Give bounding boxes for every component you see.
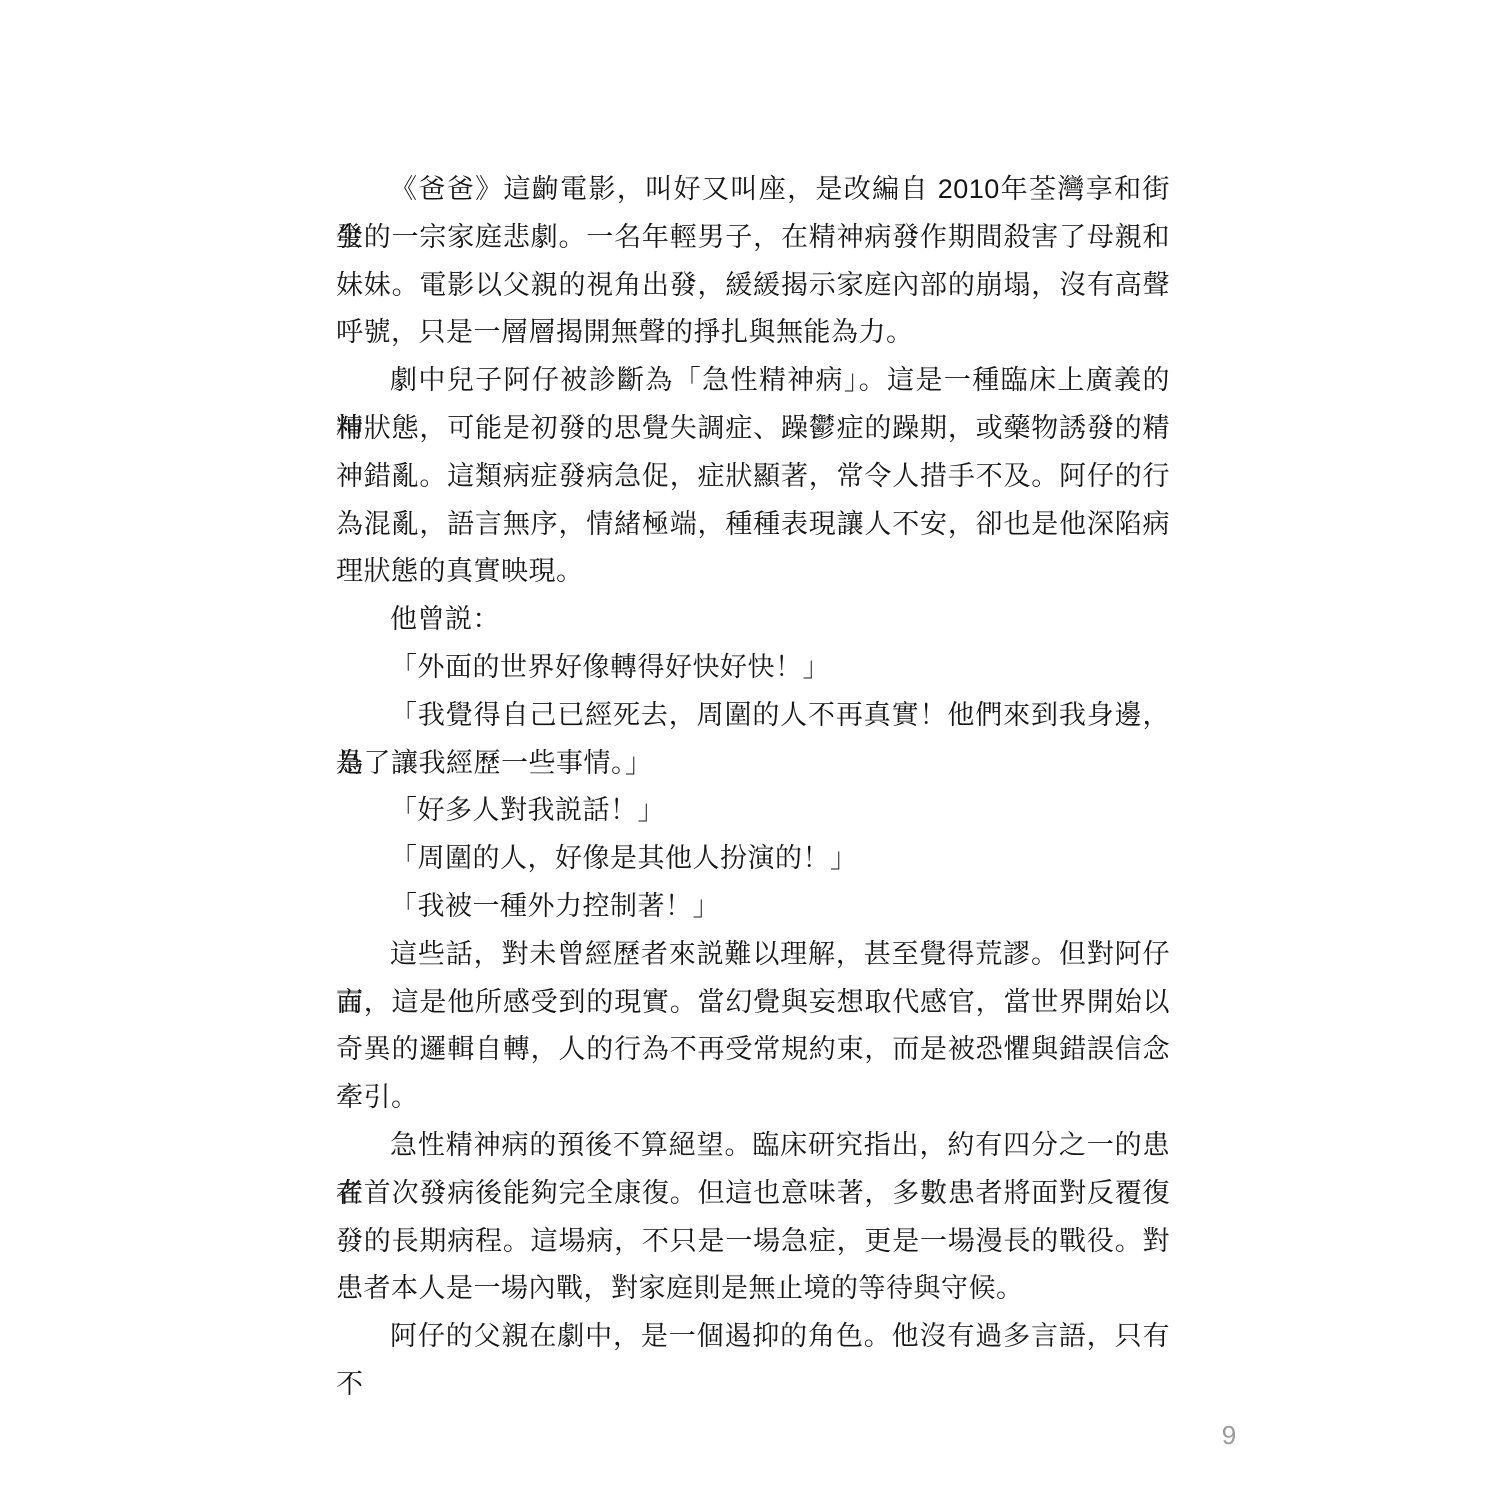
text-line: 他曾説：	[336, 596, 1170, 644]
text-line: 「周圍的人，好像是其他人扮演的！」	[336, 835, 1170, 883]
text-line: 神錯亂。這類病症發病急促，症狀顯著，常令人措手不及。阿仔的行	[336, 453, 1170, 501]
text-line: 理狀態的真實映現。	[336, 548, 1170, 596]
text-line: 《爸爸》這齣電影，叫好又叫座，是改編自 2010年荃灣享和街發	[336, 166, 1170, 214]
document-page: 《爸爸》這齣電影，叫好又叫座，是改編自 2010年荃灣享和街發生的一宗家庭悲劇。…	[0, 0, 1500, 1500]
text-line: 急性精神病的預後不算絕望。臨床研究指出，約有四分之一的患者	[336, 1122, 1170, 1170]
page-number: 9	[1214, 1418, 1244, 1452]
text-line: 患者本人是一場內戰，對家庭則是無止境的等待與守候。	[336, 1265, 1170, 1313]
text-line: 「外面的世界好像轉得好快好快！」	[336, 644, 1170, 692]
text-line: 「我被一種外力控制著！」	[336, 883, 1170, 931]
text-line: 這些話，對未曾經歷者來説難以理解，甚至覺得荒謬。但對阿仔而	[336, 931, 1170, 979]
text-line: 言，這是他所感受到的現實。當幻覺與妄想取代感官，當世界開始以	[336, 979, 1170, 1027]
text-line: 在首次發病後能夠完全康復。但這也意味著，多數患者將面對反覆復	[336, 1170, 1170, 1218]
text-line: 妹妹。電影以父親的視角出發，緩緩揭示家庭內部的崩塌，沒有高聲	[336, 262, 1170, 310]
text-line: 「我覺得自己已經死去，周圍的人不再真實！他們來到我身邊，是	[336, 692, 1170, 740]
text-line: 牽引。	[336, 1074, 1170, 1122]
text-line: 奇異的邏輯自轉，人的行為不再受常規約束，而是被恐懼與錯誤信念	[336, 1026, 1170, 1074]
text-line: 發的長期病程。這場病，不只是一場急症，更是一場漫長的戰役。對	[336, 1218, 1170, 1266]
text-line: 為混亂，語言無序，情緒極端，種種表現讓人不安，卻也是他深陷病	[336, 501, 1170, 549]
text-line: 神狀態，可能是初發的思覺失調症、躁鬱症的躁期，或藥物誘發的精	[336, 405, 1170, 453]
text-block: 《爸爸》這齣電影，叫好又叫座，是改編自 2010年荃灣享和街發生的一宗家庭悲劇。…	[336, 166, 1170, 1361]
text-line: 劇中兒子阿仔被診斷為「急性精神病」。這是一種臨床上廣義的精	[336, 357, 1170, 405]
text-line: 「好多人對我説話！」	[336, 787, 1170, 835]
text-line: 呼號，只是一層層揭開無聲的掙扎與無能為力。	[336, 309, 1170, 357]
text-line: 生的一宗家庭悲劇。一名年輕男子，在精神病發作期間殺害了母親和	[336, 214, 1170, 262]
text-line: 阿仔的父親在劇中，是一個遏抑的角色。他沒有過多言語，只有不	[336, 1313, 1170, 1361]
text-line: 為了讓我經歷一些事情。」	[336, 740, 1170, 788]
